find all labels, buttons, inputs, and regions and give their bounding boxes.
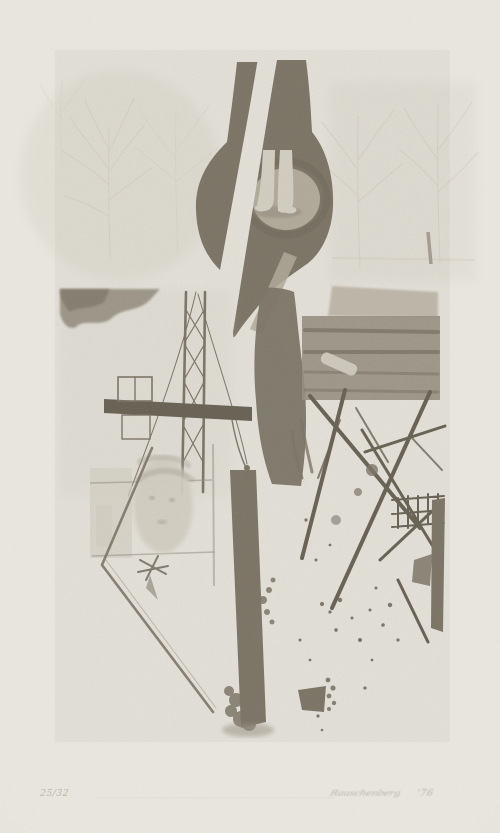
edition-number: 25/32 xyxy=(39,789,69,799)
artist-signature: Rauschenberg xyxy=(329,789,402,798)
date-inscription: '76 xyxy=(416,788,434,799)
paper-grain xyxy=(0,0,500,833)
artwork-photo: 25/32 Rauschenberg '76 xyxy=(0,0,500,833)
print-image xyxy=(0,0,500,833)
